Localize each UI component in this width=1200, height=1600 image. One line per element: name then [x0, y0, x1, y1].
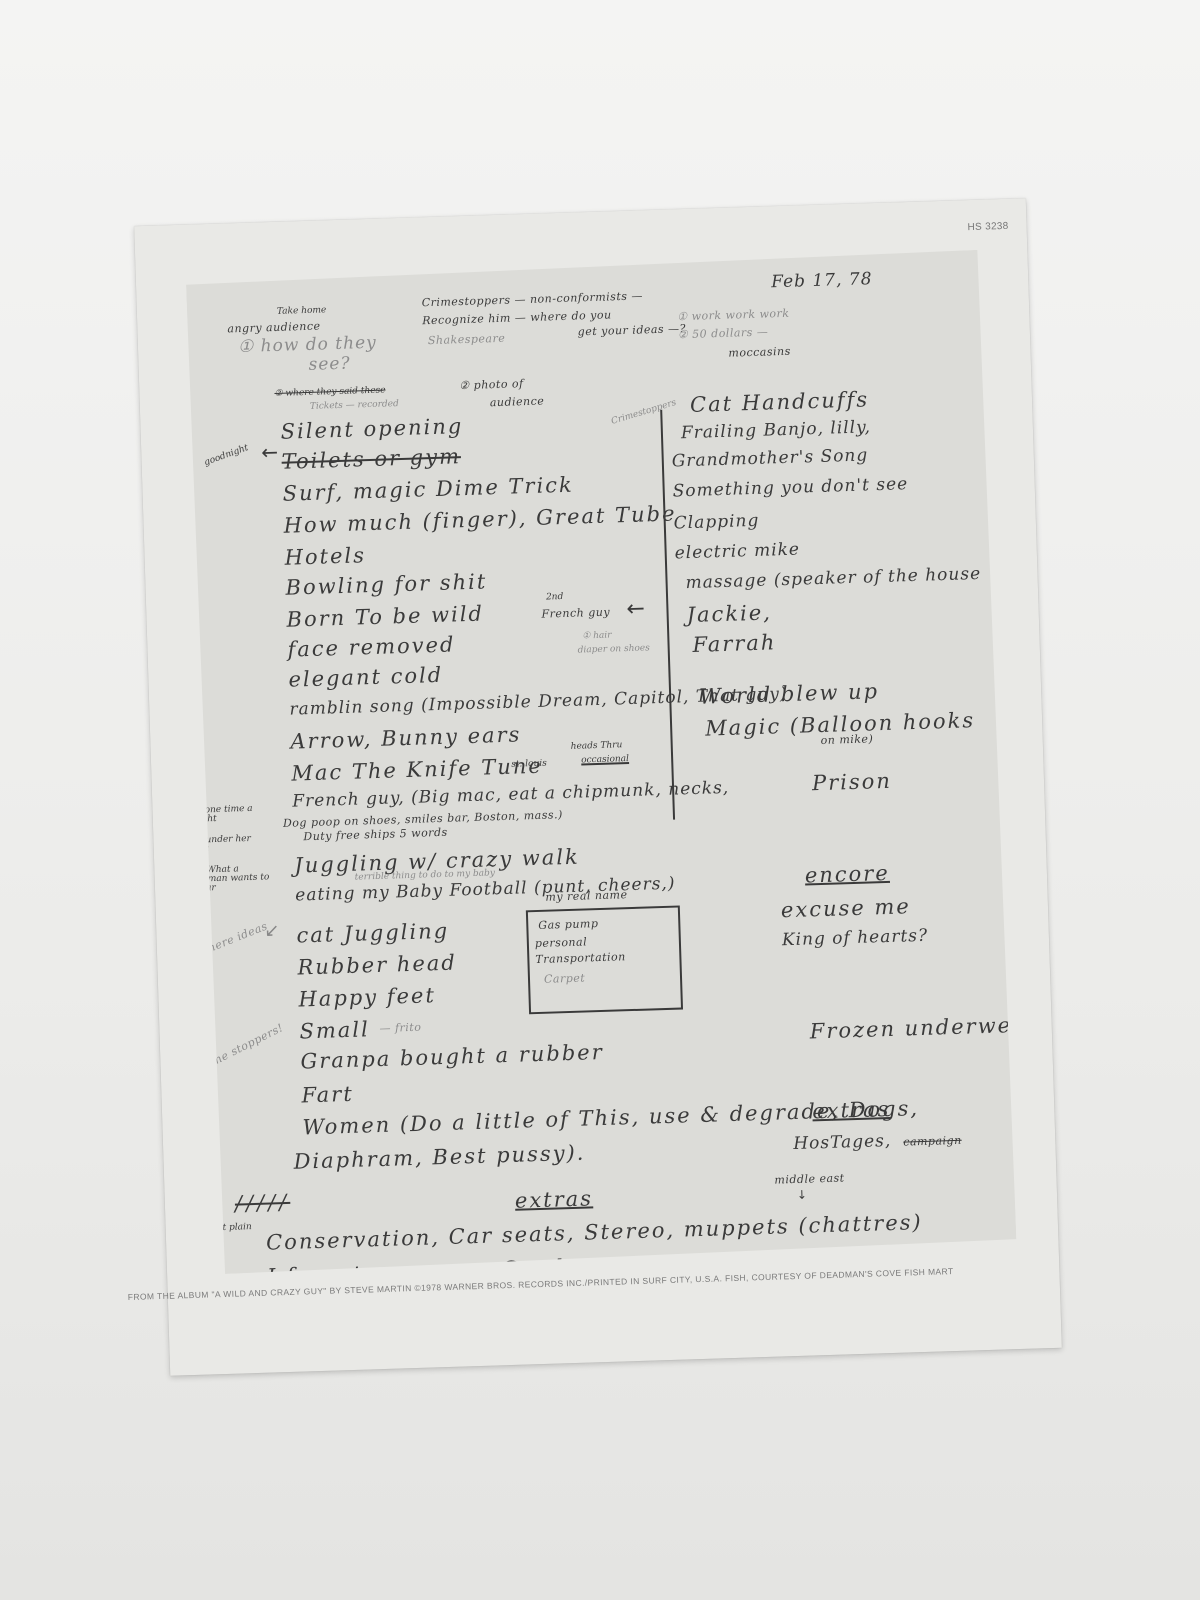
setlist-right-item: on mike): [820, 733, 873, 746]
setlist-right-item: Something you don't see: [673, 476, 909, 500]
encore-heading: encore: [805, 863, 890, 887]
margin-note-three: 3) What a woman wants to hear: [194, 864, 275, 893]
box-line: personal: [535, 936, 588, 949]
setlist-right-item: World blew up: [699, 681, 879, 708]
crossed-word: campaign: [903, 1135, 962, 1148]
middle-east-note: middle east: [774, 1172, 845, 1185]
setlist-item: Rubber head: [297, 953, 457, 979]
real-name-box: Gas pump personal Transportation Carpet: [526, 905, 683, 1014]
margin-note-one: 1) one time a night: [192, 805, 263, 825]
setlist-item: Hotels: [284, 545, 366, 569]
note-how-do-they: ① how do they: [238, 335, 377, 356]
box-faint-line: Carpet: [544, 972, 586, 984]
setlist-item: Toilets or gym: [281, 446, 461, 473]
note-crossed: ② where they said these: [274, 386, 385, 398]
setlist-item: French guy, (Big mac, eat a chipmunk, ne…: [292, 780, 729, 811]
note-work: ① work work work: [677, 308, 790, 323]
setlist-item: Bowling for shit: [285, 571, 487, 598]
mac-note-2: heads Thru: [571, 741, 623, 752]
setlist-item: cat Juggling: [296, 921, 449, 947]
setlist-item: Mac The Knife Tune: [291, 756, 543, 785]
setlist-right-item: Cat Handcuffs: [690, 389, 870, 416]
note-shakespeare: Shakespeare: [428, 333, 506, 346]
box-title: my real name: [545, 889, 627, 903]
photo-background: HS 3238 Feb 17, 78 Crimestoppers — non-c…: [0, 0, 1200, 1600]
setlist-right-item: Prison: [812, 771, 892, 794]
duty-free-note: Duty free ships 5 words: [303, 827, 448, 843]
margin-assistant: assistant plain: [186, 1223, 252, 1234]
setlist-right-item: Farrah: [692, 632, 776, 656]
handwritten-setlist: Feb 17, 78 Crimestoppers — non-conformis…: [186, 250, 1017, 1275]
tally-marks: /////: [235, 1192, 291, 1215]
french-guy-sub: ① hair: [582, 632, 612, 642]
setlist-item: Happy feet: [298, 985, 436, 1010]
note-get-ideas: get your ideas —?: [578, 323, 687, 337]
small-note: — frito: [379, 1022, 421, 1034]
setlist-item: Small: [299, 1019, 370, 1042]
setlist-item: Granpa bought a rubber: [300, 1042, 604, 1073]
arrow-left-icon: ←: [626, 596, 645, 622]
note-dollars: ② 50 dollars —: [678, 326, 769, 340]
frozen-underwear: Frozen underwear.: [809, 1014, 1045, 1042]
note-moccasins: moccasins: [728, 346, 791, 359]
french-guy-label-top: 2nd: [546, 593, 564, 603]
setlist-item: face removed: [287, 634, 455, 660]
french-guy-label: French guy: [541, 607, 610, 620]
arrow-down-left-icon: ↙: [264, 920, 280, 941]
setlist-right-item: Frailing Banjo, lilly,: [681, 419, 871, 442]
note-crimestoppers: Crimestoppers — non-conformists —: [422, 290, 644, 308]
mac-note: st. louis: [511, 760, 547, 770]
arrow-left-icon: ←: [261, 440, 279, 465]
setlist-item: Diaphram, Best pussy).: [293, 1143, 585, 1173]
setlist-item: elegant cold: [288, 665, 443, 691]
margin-note-two: 2) under her hat: [193, 835, 264, 855]
note-recognize: Recognize him — where do you: [422, 309, 612, 326]
arrow-down-icon: ↓: [797, 1188, 807, 1202]
catalog-number: HS 3238: [967, 221, 1008, 233]
setlist-item: Born To be wild: [286, 604, 484, 631]
note-tickets: Tickets — recorded: [310, 400, 399, 412]
setlist-item: Arrow, Bunny ears: [290, 724, 522, 752]
setlist-right-item: electric mike: [674, 542, 800, 563]
mac-note-3: occasional: [581, 755, 629, 765]
date: Feb 17, 78: [771, 271, 873, 291]
setlist-item: Surf, magic Dime Trick: [282, 475, 574, 505]
crimestoppers-tag: Crimestoppers: [610, 399, 677, 427]
box-line: Gas pump: [538, 918, 598, 931]
encore-item: excuse me: [781, 896, 911, 921]
extras-bottom-heading: extras: [515, 1188, 594, 1211]
setlist-right-item: Clapping: [674, 513, 760, 533]
setlist-right-item: Jackie,: [686, 602, 772, 626]
extras-right-heading: extras: [812, 1099, 891, 1122]
album-insert-sheet: HS 3238 Feb 17, 78 Crimestoppers — non-c…: [134, 198, 1062, 1375]
setlist-right-item: Grandmother's Song: [672, 447, 869, 470]
extras-line: Conservation, Car seats, Stereo, muppets…: [266, 1212, 923, 1254]
setlist-item: Fart: [301, 1084, 354, 1107]
note-see: see?: [308, 356, 350, 374]
hostages: HosTages,: [793, 1133, 892, 1153]
french-guy-sub2: diaper on shoes: [578, 644, 650, 655]
note-photo: ② photo of: [459, 378, 524, 391]
setlist-item: How much (finger), Great Tube: [283, 503, 676, 536]
setlist-right-item: massage (speaker of the house: [685, 566, 981, 592]
margin-goodnight: goodnight: [203, 444, 250, 468]
note-take-home: Take home: [277, 306, 327, 317]
margin-crime-stoppers: Crime stoppers!: [193, 1022, 285, 1076]
note-angry-audience: angry audience: [227, 320, 320, 334]
setlist-item: Silent opening: [280, 416, 463, 443]
box-line: Transportation: [535, 951, 626, 965]
margin-where-ideas: where ideas: [197, 920, 269, 957]
note-audience: audience: [490, 395, 545, 408]
encore-item: King of hearts?: [782, 928, 929, 950]
